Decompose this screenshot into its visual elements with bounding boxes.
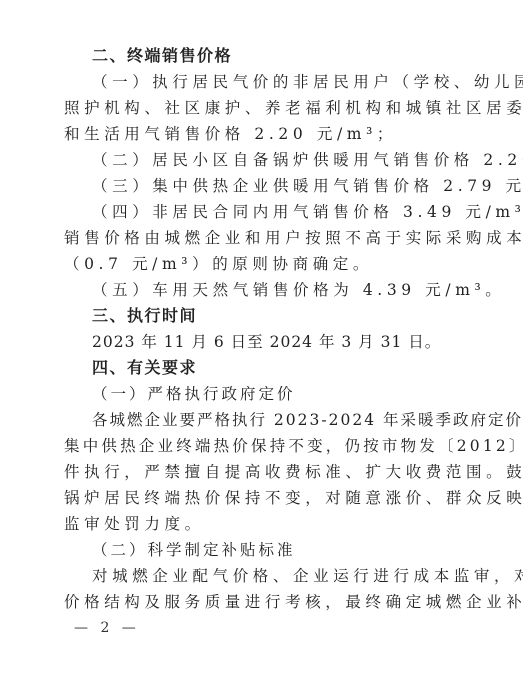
paragraph-line: （一）执行居民气价的非居民用户（学校、幼儿园、婴幼儿 bbox=[92, 72, 487, 92]
paragraph-line: （五）车用天然气销售价格为 4.39 元/m³。 bbox=[92, 280, 487, 300]
paragraph-line: 和生活用气销售价格 2.20 元/m³； bbox=[64, 124, 459, 144]
paragraph-line: 价格结构及服务质量进行考核，最终确定城燃企业补贴数额；对 bbox=[64, 592, 459, 612]
page-number: — 2 — bbox=[74, 620, 140, 636]
paragraph-line: 照护机构、社区康护、养老福利机构和城镇社区居委会等）教学 bbox=[64, 98, 459, 118]
subsection-heading: （二）科学制定补贴标准 bbox=[92, 540, 487, 560]
paragraph-line: （三）集中供热企业供暖用气销售价格 2.79 元/m³； bbox=[92, 176, 487, 196]
paragraph-line: （二）居民小区自备锅炉供暖用气销售价格 2.20 元/m³； bbox=[92, 150, 487, 170]
document-page: 二、终端销售价格 （一）执行居民气价的非居民用户（学校、幼儿园、婴幼儿 照护机构… bbox=[0, 0, 523, 692]
paragraph-line: 各城燃企业要严格执行 2023-2024 年采暖季政府定价标准， bbox=[92, 410, 487, 430]
section-heading-terminal-prices: 二、终端销售价格 bbox=[92, 46, 487, 66]
paragraph-line: 销售价格由城燃企业和用户按照不高于实际采购成本+配气价格 bbox=[64, 228, 459, 248]
subsection-heading: （一）严格执行政府定价 bbox=[92, 384, 487, 404]
execution-period: 2023 年 11 月 6 日至 2024 年 3 月 31 日。 bbox=[92, 332, 487, 352]
paragraph-line: （四）非居民合同内用气销售价格 3.49 元/m³，合同外用气 bbox=[92, 202, 487, 222]
paragraph-line: 锅炉居民终端热价保持不变，对随意涨价、群众反映强烈的加大 bbox=[64, 488, 459, 508]
paragraph-line: （0.7 元/m³）的原则协商确定。 bbox=[64, 254, 459, 274]
paragraph-line: 件执行，严禁擅自提高收费标准、扩大收费范围。鼓励小区自备 bbox=[64, 462, 459, 482]
section-heading-requirements: 四、有关要求 bbox=[92, 358, 487, 378]
paragraph-line: 监审处罚力度。 bbox=[64, 514, 459, 534]
section-heading-execution-time: 三、执行时间 bbox=[92, 306, 487, 326]
paragraph-line: 对城燃企业配气价格、企业运行进行成本监审，对气源采购 bbox=[92, 566, 487, 586]
paragraph-line: 集中供热企业终端热价保持不变，仍按市物发〔2012〕265 号文 bbox=[64, 436, 459, 456]
